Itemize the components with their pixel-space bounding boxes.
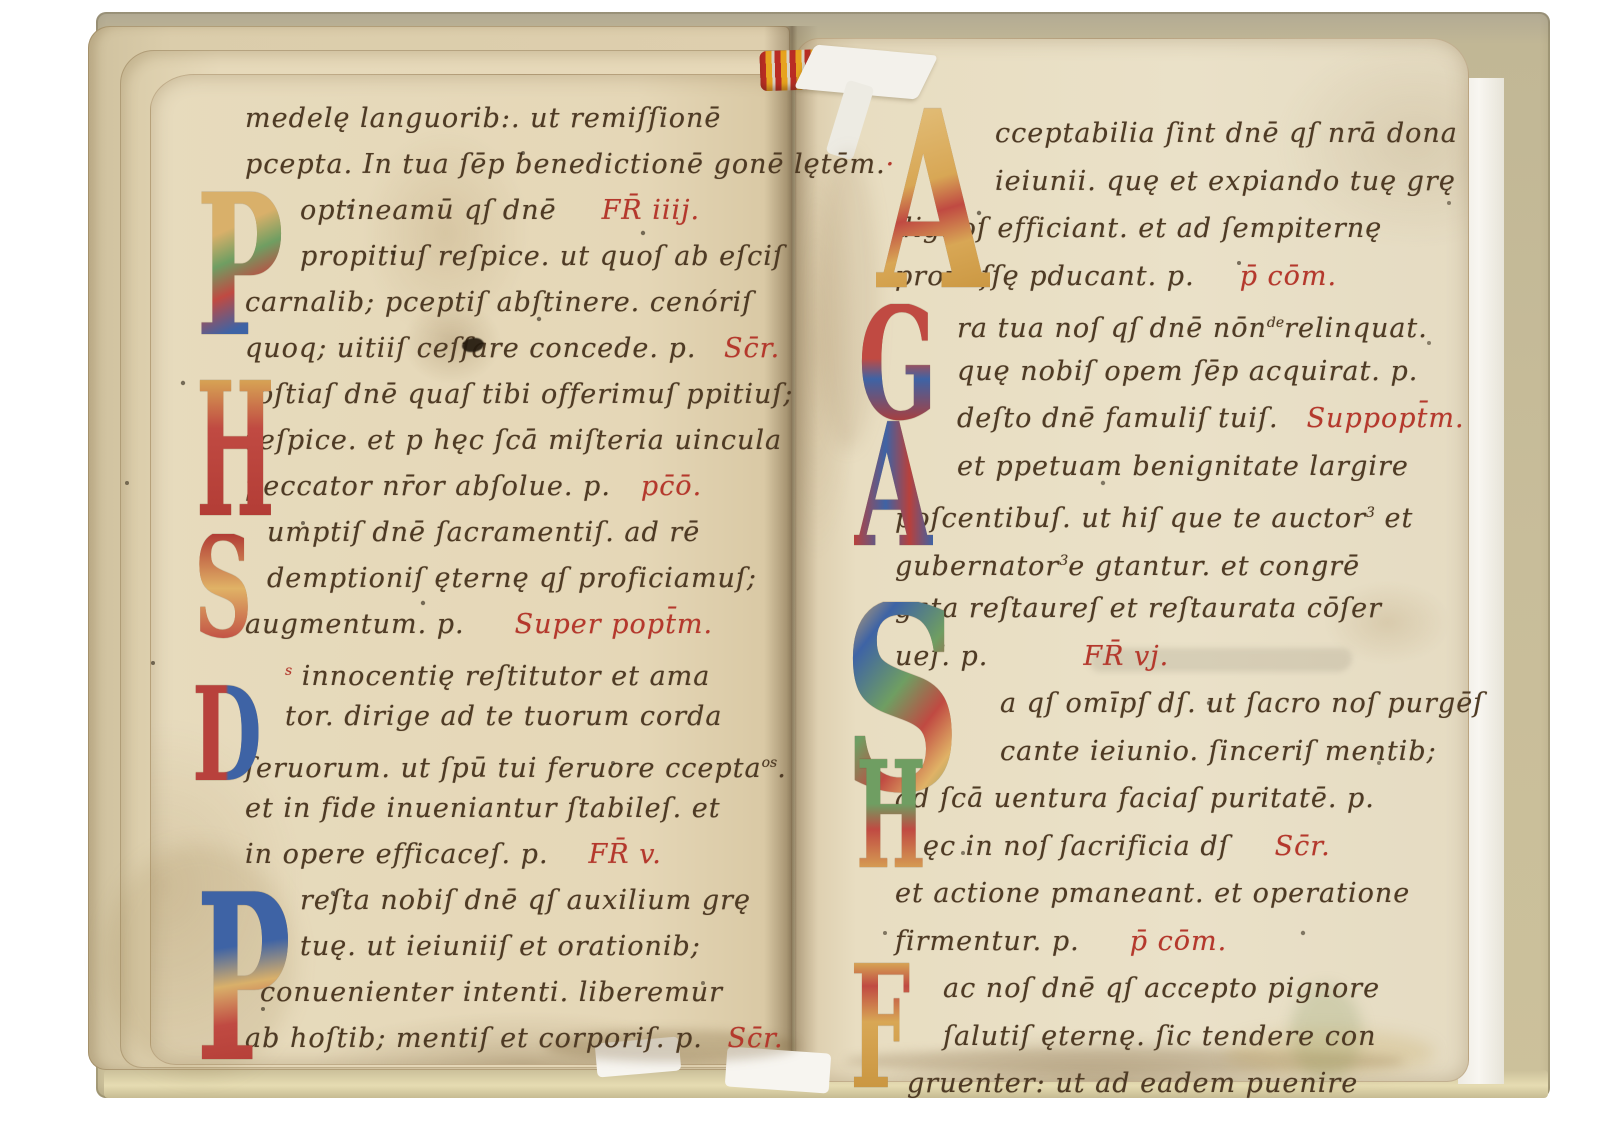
ink-text: ad ſcā uentura faciaſ puritatē. p. [895,783,1375,814]
illuminated-initial-H: H [196,378,275,522]
ink-text: conuenienter intenti. liberemur [260,977,723,1008]
ink-text: innocentię reſtitutor et ama [292,661,710,692]
ink-text: augmentum. p. [245,609,465,640]
illuminated-initial-P: P [196,190,284,342]
manuscript-line: et in fide inueniantur ſtabileſ. et [245,786,895,832]
manuscript-line: a qſ omīpſ dſ. ut ſacro noſ purgēſ [895,680,1484,728]
ink-text: 3 [1366,505,1375,521]
ink-text: relinquat. [1284,313,1428,344]
ink-text: reſta nobiſ dnē qſ auxilium grę [300,885,751,916]
manuscript-line: ſalutiſ ęternę. ſic tendere con [895,1013,1484,1061]
manuscript-line: ab hoſtib; mentiſ et corporiſ. p. Sc̄r. [245,1016,895,1062]
manuscript-line: carnalib; pceptiſ abſtinere. cenóriſ [245,280,895,326]
ink-text: umptiſ dnē ſacramentiſ. ad rē [267,517,700,548]
manuscript-line: ueſ. p.FR̄ vj. [895,633,1484,681]
ink-text: . [777,753,787,784]
ink-text: optineamū qſ dnē [300,195,557,226]
ink-text: et in fide inueniantur ſtabileſ. et [245,793,721,824]
rubric-text: pc̄ō. [641,471,702,502]
illuminated-initial-D: D [192,684,262,785]
ink-text: firmentur. p. [895,926,1080,957]
ink-text: a qſ omīpſ dſ. ut ſacro noſ purgēſ [1000,688,1484,719]
manuscript-line: et ppetuam benignitate largire [895,443,1484,491]
illuminated-initial-P: P [196,890,291,1069]
left-page-text: medelę languorib:. ut remiſſionēpcepta. … [245,96,895,1062]
ink-text: carnalib; pceptiſ abſtinere. cenóriſ [245,287,753,318]
ink-text: ſalutiſ ęternę. ſic tendere con [943,1021,1376,1052]
manuscript-line: umptiſ dnē ſacramentiſ. ad rē [245,510,895,556]
parchment-specks [0,0,2,2]
manuscript-line: quoq; uitiiſ ceſſare concede. p. Sc̄r. [245,326,895,372]
ink-text: cante ieiunio. ſinceriſ mentib; [1000,736,1437,767]
ink-text: propitiuſ reſpice. ut quoſ ab eſciſ [300,241,784,272]
illuminated-initial-S: S [194,534,253,643]
ink-text: cceptabilia ſint dnē qſ nrā dona [995,118,1458,149]
manuscript-line: firmentur. p.p̄ cōm. [895,918,1484,966]
ink-text: de [1267,315,1284,331]
manuscript-line: medelę languorib:. ut remiſſionē [245,96,895,142]
ink-text: 3 [1059,553,1068,569]
ink-text: e gtantur. et congrē [1068,551,1360,582]
ink-text: et ppetuam benignitate largire [957,451,1409,482]
ink-text: ęc in noſ ſacrificia dſ [923,831,1230,862]
ink-text: poſcentibuſ. ut hiſ que te auctor [895,503,1366,534]
ink-text: ab hoſtib; mentiſ et corporiſ. p. [245,1023,712,1054]
ink-text: medelę languorib:. ut remiſſionē [245,103,721,134]
ink-text: ieiunii. quę et expiando tuę grę [995,166,1456,197]
rubric-text: FR̄ v. [589,839,662,870]
manuscript-line: oſtiaſ dnē quaſ tibi offerimuſ ppitiuſ; [245,372,895,418]
manuscript-line: pcepta. In tua ſēp benedictionē gonē lęt… [245,142,895,188]
rubric-text: FR̄ vj. [1083,641,1169,672]
manuscript-line: in opere efficaceſ. p.FR̄ v. [245,832,895,878]
ink-text: oſtiaſ dnē quaſ tibi offerimuſ ppitiuſ; [257,379,793,410]
manuscript-line: gubernator3e gtantur. et congrē [895,538,1484,586]
rubric-text: Sc̄r. [727,1023,783,1054]
illuminated-initial-F: F [850,962,910,1095]
manuscript-line: deſto dnē famuliſ tuiſ.Suppopt̄m. [895,395,1484,443]
manuscript-line: tuę. ut ieiuniiſ et orationib; [245,924,895,970]
rubric-text: p̄ cōm. [1240,261,1337,292]
ink-text: et [1375,503,1413,534]
ink-text: ra tua noſ qſ dnē nōn [957,313,1267,344]
ink-text: gruenter: ut ad eadem puenire [907,1068,1358,1099]
ink-text: pcepta. In tua ſēp benedictionē gonē lęt… [245,149,886,180]
ink-text: demptioniſ ęternę qſ proficiamuſ; [267,563,757,594]
manuscript-line: conuenienter intenti. liberemur [245,970,895,1016]
manuscript-line: s innocentię reſtitutor et ama [245,648,895,694]
manuscript-line: reſta nobiſ dnē qſ auxilium grę [245,878,895,924]
manuscript-line: poſcentibuſ. ut hiſ que te auctor3 et [895,490,1484,538]
manuscript-line: gruenter: ut ad eadem puenire [895,1060,1484,1108]
manuscript-line: ſeruorum. ut ſpū tui feruore cceptaos. [245,740,895,786]
manuscript-line: optineamū qſ dnēFR̄ iiij. [245,188,895,234]
manuscript-line: ad ſcā uentura faciaſ puritatē. p. [895,775,1484,823]
rubric-text: Super popt̄m. [515,609,714,640]
ink-text: tor. dirige ad te tuorum corda [285,701,723,732]
ink-text: quę nobiſ opem ſēp acquirat. p. [957,356,1418,387]
manuscript-line: et actione pmaneant. et operatione [895,870,1484,918]
manuscript-line: gata reſtaureſ et reſtaurata cōſer [895,585,1484,633]
rubric-text: Suppopt̄m. [1307,403,1465,434]
manuscript-line: reſpice. et p hęc ſcā miſteria uincula [245,418,895,464]
manuscript-photo: medelę languorib:. ut remiſſionēpcepta. … [0,0,1600,1147]
manuscript-line: demptioniſ ęternę qſ proficiamuſ; [245,556,895,602]
manuscript-line: cante ieiunio. ſinceriſ mentib; [895,728,1484,776]
ink-text: et actione pmaneant. et operatione [895,878,1410,909]
manuscript-line: propitiuſ reſpice. ut quoſ ab eſciſ [245,234,895,280]
illuminated-initial-A: A [876,106,990,297]
ink-text: deſto dnē famuliſ tuiſ. [957,403,1279,434]
manuscript-line: tor. dirige ad te tuorum corda [245,694,895,740]
illuminated-initial-A: A [854,420,933,553]
ink-text: gata reſtaureſ et reſtaurata cōſer [895,593,1382,624]
manuscript-line: quę nobiſ opem ſēp acquirat. p. [895,348,1484,396]
ink-text: ſeruorum. ut ſpū tui feruore ccepta [245,753,762,784]
illuminated-initial-H: H [856,758,926,873]
ink-text: tuę. ut ieiuniiſ et orationib; [300,931,701,962]
rubric-text: p̄ cōm. [1130,926,1227,957]
manuscript-line: augmentum. p.Super popt̄m. [245,602,895,648]
manuscript-line: ac noſ dnē qſ accepto pignore [895,965,1484,1013]
rubric-text: FR̄ iiij. [602,195,701,226]
ink-text: os [762,755,778,771]
manuscript-line: ęc in noſ ſacrificia dſSc̄r. [895,823,1484,871]
ink-text: ac noſ dnē qſ accepto pignore [943,973,1380,1004]
ink-text: peccator nr̄or abſolue. p. [245,471,611,502]
manuscript-line: peccator nr̄or abſolue. p.pc̄ō. [245,464,895,510]
rubric-text: Sc̄r. [724,333,780,364]
rubric-text: Sc̄r. [1275,831,1331,862]
ink-text: reſpice. et p hęc ſcā miſteria uincula [245,425,782,456]
